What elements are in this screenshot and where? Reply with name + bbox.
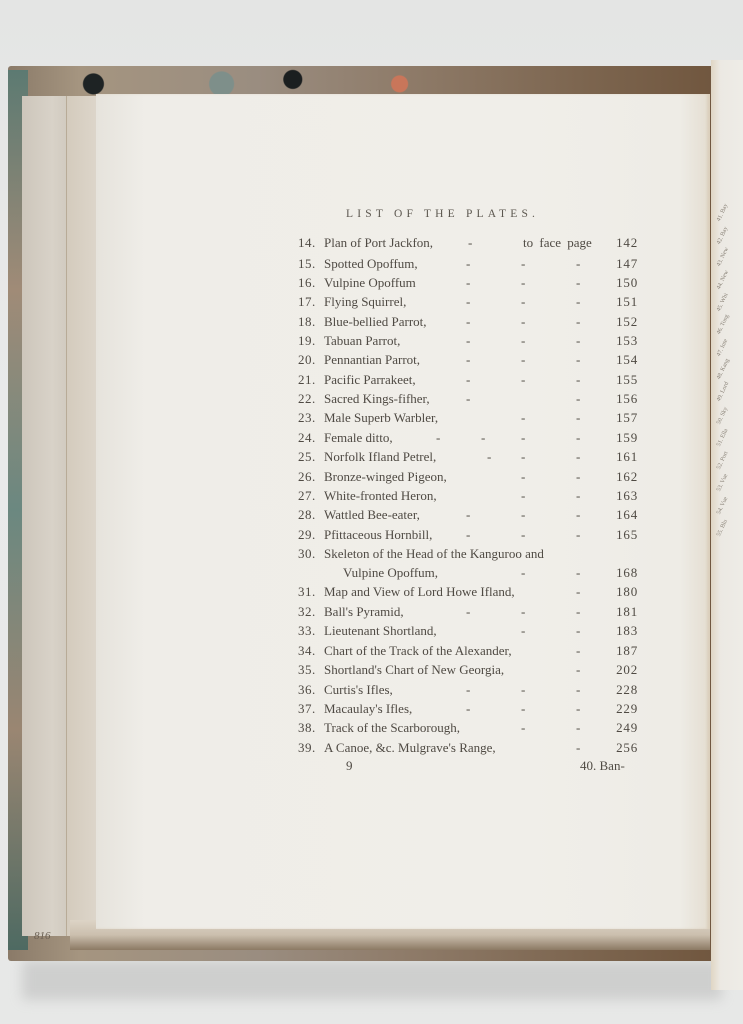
plate-title: Skeleton of the Head of the Kanguroo and	[324, 544, 544, 563]
leader-dash: -	[521, 602, 525, 621]
leader-dash: -	[576, 350, 580, 369]
leader-dash: -	[576, 486, 580, 505]
plate-number: 21.	[298, 370, 316, 389]
page-number: 153	[616, 331, 638, 350]
signature-mark: 9	[346, 758, 353, 774]
leader-dash: -	[521, 621, 525, 640]
leader-dash: -	[521, 273, 525, 292]
plate-number: 14.	[298, 233, 316, 252]
plate-title: Flying Squirrel,	[324, 292, 406, 311]
leader-dash: -	[521, 486, 525, 505]
plate-entry: 16.Vulpine Opoffum---150	[298, 273, 638, 292]
leader-dash: -	[576, 699, 580, 718]
plate-title: Pennantian Parrot,	[324, 350, 420, 369]
plate-number: 38.	[298, 718, 316, 737]
leader-dash: -	[521, 254, 525, 273]
page-number: 163	[616, 486, 638, 505]
plate-title: Female ditto,	[324, 428, 393, 447]
plate-entry: 19.Tabuan Parrot,---153	[298, 331, 638, 350]
leader-dash: -	[576, 389, 580, 408]
leader-dash: -	[521, 370, 525, 389]
plate-number: 36.	[298, 680, 316, 699]
leader-dash: -	[521, 408, 525, 427]
plate-number: 26.	[298, 467, 316, 486]
plate-entry: 35.Shortland's Chart of New Georgia,-202	[298, 660, 638, 679]
plate-title: Ball's Pyramid,	[324, 602, 404, 621]
plate-entry: 24.Female ditto,----159	[298, 428, 638, 447]
plate-entry: 31.Map and View of Lord Howe Ifland,-180	[298, 582, 638, 601]
plate-title: Lieutenant Shortland,	[324, 621, 437, 640]
plates-list: LIST OF THE PLATES. 14.Plan of Port Jack…	[0, 0, 743, 1024]
plate-entry: 33.Lieutenant Shortland,--183	[298, 621, 638, 640]
leader-dash: -	[576, 660, 580, 679]
plate-title: Pfittaceous Hornbill,	[324, 525, 432, 544]
plate-entry: 38.Track of the Scarborough,--249	[298, 718, 638, 737]
page-number: 161	[616, 447, 638, 466]
plate-title: Shortland's Chart of New Georgia,	[324, 660, 504, 679]
plate-title: Curtis's Ifles,	[324, 680, 393, 699]
leader-dash: -	[521, 680, 525, 699]
page-number: 155	[616, 370, 638, 389]
plate-number: 23.	[298, 408, 316, 427]
plate-title: Blue-bellied Parrot,	[324, 312, 427, 331]
plate-number: 37.	[298, 699, 316, 718]
leader-dash: -	[576, 602, 580, 621]
leader-dash: -	[576, 408, 580, 427]
leader-dash: -	[576, 254, 580, 273]
plate-number: 28.	[298, 505, 316, 524]
plate-entry: 25.Norfolk Ifland Petrel,---161	[298, 447, 638, 466]
page-number: 152	[616, 312, 638, 331]
page-number: 249	[616, 718, 638, 737]
to-face-page-label: to face page	[523, 233, 592, 252]
plate-entry: 20.Pennantian Parrot,---154	[298, 350, 638, 369]
leader-dash: -	[576, 447, 580, 466]
plate-entry: 34.Chart of the Track of the Alexander,-…	[298, 641, 638, 660]
plate-number: 22.	[298, 389, 316, 408]
plate-title: Track of the Scarborough,	[324, 718, 460, 737]
plate-entry: 36.Curtis's Ifles,---228	[298, 680, 638, 699]
page-number: 168	[616, 563, 638, 582]
plate-entry: 15.Spotted Opoffum,---147	[298, 254, 638, 273]
plate-entry: 23.Male Superb Warbler,--157	[298, 408, 638, 427]
page-number: 142	[616, 233, 638, 252]
plate-entry: 22.Sacred Kings-fifher,--156	[298, 389, 638, 408]
plate-entry: 29.Pfittaceous Hornbill,---165	[298, 525, 638, 544]
plate-entry: 14.Plan of Port Jackfon,-to face page142	[298, 233, 638, 252]
leader-dash: -	[468, 233, 472, 252]
catchword: 40. Ban-	[580, 758, 625, 774]
plate-title: Bronze-winged Pigeon,	[324, 467, 447, 486]
leader-dash: -	[576, 292, 580, 311]
leader-dash: -	[576, 273, 580, 292]
page-number: 151	[616, 292, 638, 311]
leader-dash: -	[466, 312, 470, 331]
leader-dash: -	[466, 331, 470, 350]
leader-dash: -	[466, 389, 470, 408]
plate-number: 17.	[298, 292, 316, 311]
page-number: 157	[616, 408, 638, 427]
leader-dash: -	[576, 563, 580, 582]
plate-entry: 28.Wattled Bee-eater,---164	[298, 505, 638, 524]
leader-dash: -	[576, 505, 580, 524]
leader-dash: -	[576, 680, 580, 699]
plate-entry: 21.Pacific Parrakeet,---155	[298, 370, 638, 389]
plate-entry: 26.Bronze-winged Pigeon,--162	[298, 467, 638, 486]
leader-dash: -	[576, 312, 580, 331]
leader-dash: -	[576, 331, 580, 350]
plate-number: 27.	[298, 486, 316, 505]
plate-entry: Vulpine Opoffum,--168	[298, 563, 638, 582]
plate-number: 33.	[298, 621, 316, 640]
leader-dash: -	[521, 563, 525, 582]
plate-number: 15.	[298, 254, 316, 273]
leader-dash: -	[521, 312, 525, 331]
page-number: 156	[616, 389, 638, 408]
leader-dash: -	[576, 370, 580, 389]
leader-dash: -	[466, 350, 470, 369]
plate-title: Pacific Parrakeet,	[324, 370, 416, 389]
plate-title: Sacred Kings-fifher,	[324, 389, 430, 408]
leader-dash: -	[466, 370, 470, 389]
plate-number: 31.	[298, 582, 316, 601]
leader-dash: -	[481, 428, 485, 447]
plate-title: Vulpine Opoffum	[324, 273, 416, 292]
plate-title: Chart of the Track of the Alexander,	[324, 641, 512, 660]
plate-title: Map and View of Lord Howe Ifland,	[324, 582, 515, 601]
leader-dash: -	[466, 602, 470, 621]
leader-dash: -	[576, 525, 580, 544]
plate-number: 32.	[298, 602, 316, 621]
leader-dash: -	[466, 292, 470, 311]
plate-title: Macaulay's Ifles,	[324, 699, 412, 718]
leader-dash: -	[576, 582, 580, 601]
page-number: 256	[616, 738, 638, 757]
page-number: 150	[616, 273, 638, 292]
page-number: 147	[616, 254, 638, 273]
plate-title: Male Superb Warbler,	[324, 408, 438, 427]
plate-title: Vulpine Opoffum,	[343, 563, 438, 582]
leader-dash: -	[521, 350, 525, 369]
plate-number: 30.	[298, 544, 316, 563]
page-number: 154	[616, 350, 638, 369]
leader-dash: -	[521, 718, 525, 737]
plate-number: 35.	[298, 660, 316, 679]
page-number: 187	[616, 641, 638, 660]
leader-dash: -	[521, 331, 525, 350]
plate-title: Tabuan Parrot,	[324, 331, 400, 350]
leader-dash: -	[466, 525, 470, 544]
leader-dash: -	[521, 467, 525, 486]
leader-dash: -	[521, 699, 525, 718]
page-number: 202	[616, 660, 638, 679]
leader-dash: -	[576, 738, 580, 757]
page-number: 180	[616, 582, 638, 601]
leader-dash: -	[466, 505, 470, 524]
leader-dash: -	[436, 428, 440, 447]
plate-entry: 17.Flying Squirrel,---151	[298, 292, 638, 311]
leader-dash: -	[521, 292, 525, 311]
plate-title: Spotted Opoffum,	[324, 254, 418, 273]
plate-number: 25.	[298, 447, 316, 466]
page-number: 183	[616, 621, 638, 640]
plate-number: 29.	[298, 525, 316, 544]
plate-title: Plan of Port Jackfon,	[324, 233, 433, 252]
plate-title: White-fronted Heron,	[324, 486, 437, 505]
plate-entry: 27.White-fronted Heron,--163	[298, 486, 638, 505]
leader-dash: -	[487, 447, 491, 466]
leader-dash: -	[521, 447, 525, 466]
plate-number: 34.	[298, 641, 316, 660]
leader-dash: -	[576, 641, 580, 660]
page-number: 229	[616, 699, 638, 718]
leader-dash: -	[576, 467, 580, 486]
plate-entry: 30.Skeleton of the Head of the Kanguroo …	[298, 544, 638, 563]
leader-dash: -	[521, 525, 525, 544]
leader-dash: -	[466, 273, 470, 292]
leader-dash: -	[466, 699, 470, 718]
leader-dash: -	[576, 718, 580, 737]
page-number: 181	[616, 602, 638, 621]
plate-number: 18.	[298, 312, 316, 331]
page-number: 162	[616, 467, 638, 486]
plate-number: 24.	[298, 428, 316, 447]
page-number: 164	[616, 505, 638, 524]
page-number: 228	[616, 680, 638, 699]
plate-entry: 32.Ball's Pyramid,---181	[298, 602, 638, 621]
leader-dash: -	[521, 505, 525, 524]
plate-number: 16.	[298, 273, 316, 292]
page-number: 165	[616, 525, 638, 544]
page-number: 159	[616, 428, 638, 447]
leader-dash: -	[521, 428, 525, 447]
plate-entry: 39.A Canoe, &c. Mulgrave's Range,-256	[298, 738, 638, 757]
leader-dash: -	[466, 254, 470, 273]
plate-title: A Canoe, &c. Mulgrave's Range,	[324, 738, 496, 757]
plate-title: Wattled Bee-eater,	[324, 505, 420, 524]
plate-number: 19.	[298, 331, 316, 350]
leader-dash: -	[576, 621, 580, 640]
leader-dash: -	[576, 428, 580, 447]
plate-entry: 37.Macaulay's Ifles,---229	[298, 699, 638, 718]
plate-number: 39.	[298, 738, 316, 757]
plate-number: 20.	[298, 350, 316, 369]
plate-entry: 18.Blue-bellied Parrot,---152	[298, 312, 638, 331]
leader-dash: -	[466, 680, 470, 699]
plate-title: Norfolk Ifland Petrel,	[324, 447, 436, 466]
page-title: LIST OF THE PLATES.	[346, 208, 539, 220]
